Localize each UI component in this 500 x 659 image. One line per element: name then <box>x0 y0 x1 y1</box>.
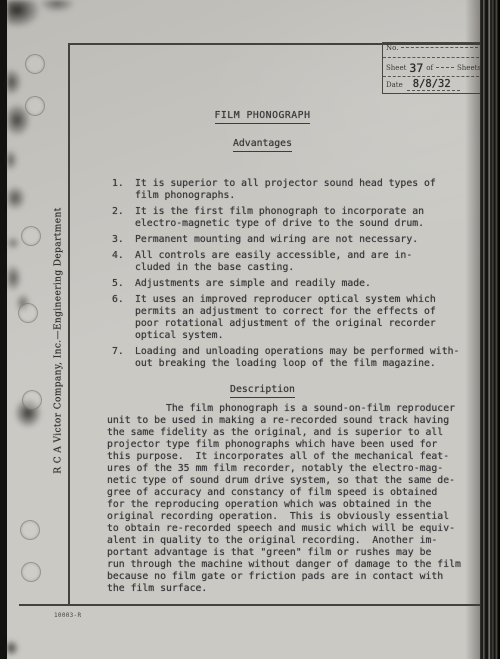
advantage-item: 4. All controls are easily accessible, a… <box>112 250 468 274</box>
advantage-text: Loading and unloading operations may be … <box>135 346 459 370</box>
advantage-number: 4. <box>112 250 135 274</box>
advantage-item: 7. Loading and unloading operations may … <box>112 346 468 370</box>
advantage-item: 3. Permanent mounting and wiring are not… <box>112 234 468 246</box>
date-value: 8/8/32 <box>407 78 460 91</box>
advantage-text: Permanent mounting and wiring are not ne… <box>135 234 418 246</box>
advantage-number: 2. <box>112 206 135 230</box>
sheet-number-value: 37 <box>409 61 423 75</box>
punch-hole <box>22 390 42 410</box>
advantage-number: 5. <box>112 278 135 290</box>
advantage-text: It uses an improved reproducer optical s… <box>135 294 436 342</box>
sheet-info-row-no: No. <box>383 43 484 58</box>
advantage-number: 6. <box>112 294 135 342</box>
sheet-label: Sheet <box>386 64 406 72</box>
blank-line <box>436 67 454 68</box>
letterhead-company-text: R C A Victor Company, Inc.—Engineering D… <box>54 191 69 491</box>
date-label: Date <box>386 81 403 89</box>
advantage-text: It is the first film phonograph to incor… <box>135 206 424 230</box>
advantages-heading-wrap: Advantages <box>107 138 468 152</box>
punch-hole <box>21 562 41 582</box>
form-number: 10003-R <box>54 612 81 619</box>
advantage-item: 1. It is superior to all projector sound… <box>112 178 468 202</box>
advantage-item: 5. Adjustments are simple and readily ma… <box>112 278 468 290</box>
typed-content: FILM PHONOGRAPH Advantages 1. It is supe… <box>107 110 468 595</box>
of-label: of <box>426 64 433 72</box>
punch-hole <box>25 54 45 74</box>
paper-sheet: R C A Victor Company, Inc.—Engineering D… <box>7 0 481 659</box>
binding-edge-right <box>480 0 500 659</box>
document-title-wrap: FILM PHONOGRAPH <box>107 110 468 124</box>
advantage-item: 6. It uses an improved reproducer optica… <box>112 294 468 342</box>
advantage-text: It is superior to all projector sound he… <box>135 178 436 202</box>
description-heading: Description <box>230 384 295 398</box>
advantage-text: All controls are easily accessible, and … <box>135 250 412 274</box>
advantage-number: 7. <box>112 346 135 370</box>
punch-hole <box>18 303 38 323</box>
document-title: FILM PHONOGRAPH <box>215 110 311 124</box>
advantages-list: 1. It is superior to all projector sound… <box>107 178 468 370</box>
advantage-number: 1. <box>112 178 135 202</box>
frame-rule-bottom <box>19 604 485 606</box>
punch-hole <box>20 520 40 540</box>
advantages-heading: Advantages <box>233 138 292 152</box>
sheet-info-box: No. Sheet 37 of Sheets Date 8/8/32 <box>382 42 485 94</box>
advantage-number: 3. <box>112 234 135 246</box>
blank-line <box>401 47 478 48</box>
sheet-info-row-sheet: Sheet 37 of Sheets <box>383 58 484 77</box>
description-paragraph: The film phonograph is a sound-on-film r… <box>107 403 468 595</box>
sheets-label: Sheets <box>457 64 481 72</box>
no-label: No. <box>386 44 398 52</box>
advantage-text: Adjustments are simple and readily made. <box>135 278 371 290</box>
description-heading-wrap: Description <box>107 384 468 398</box>
binding-edge-left <box>0 0 7 659</box>
punch-hole <box>21 226 41 246</box>
scanned-page: R C A Victor Company, Inc.—Engineering D… <box>0 0 500 659</box>
advantage-item: 2. It is the first film phonograph to in… <box>112 206 468 230</box>
punch-hole <box>25 96 45 116</box>
sheet-info-row-date: Date 8/8/32 <box>383 77 484 93</box>
